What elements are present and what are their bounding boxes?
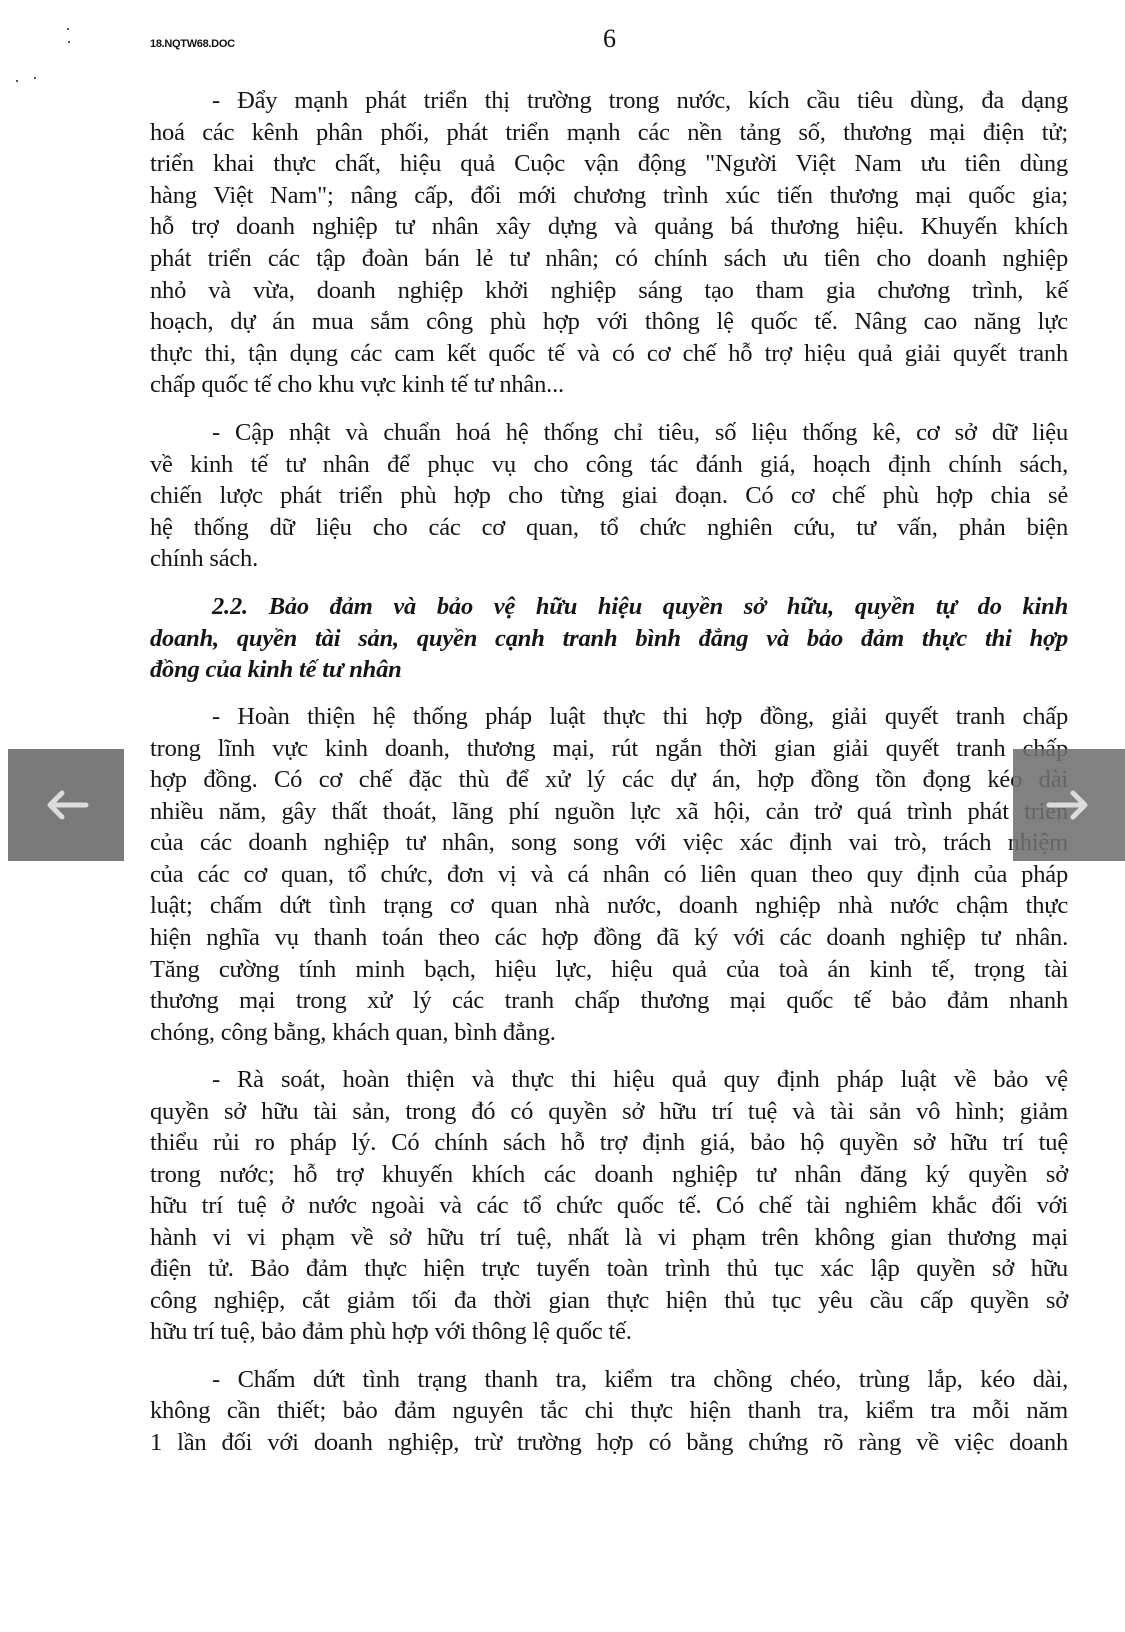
text-line: chấp quốc tế cho khu vực kinh tế tư nhân… <box>150 370 564 400</box>
document-code: 18.NQTW68.DOC <box>150 38 235 50</box>
text-line: của các cơ quan, tổ chức, đơn vị và cá n… <box>150 860 1068 890</box>
text-line: hệ thống dữ liệu cho các cơ quan, tổ chứ… <box>150 513 1068 543</box>
text-line: trong nước; hỗ trợ khuyến khích các doan… <box>150 1160 1068 1190</box>
text-line: nhỏ và vừa, doanh nghiệp khởi nghiệp sán… <box>150 276 1068 306</box>
arrow-left-icon <box>42 787 90 823</box>
text-line: công nghiệp, cắt giảm tối đa thời gian t… <box>150 1286 1068 1316</box>
scan-speck <box>68 41 70 43</box>
text-line: 1 lần đối với doanh nghiệp, trừ trường h… <box>150 1428 1068 1458</box>
heading-line: đồng của kinh tế tư nhân <box>150 655 402 685</box>
text-line: Tăng cường tính minh bạch, hiệu lực, hiệ… <box>150 955 1068 985</box>
page-number: 6 <box>603 24 616 54</box>
text-line: hành vi vi phạm về sở hữu trí tuệ, nhất … <box>150 1223 1068 1253</box>
text-line: hữu trí tuệ ở nước ngoài và các tổ chức … <box>150 1191 1068 1221</box>
text-line: chóng, công bằng, khách quan, bình đẳng. <box>150 1018 556 1048</box>
text-line: của các doanh nghiệp tư nhân, song song … <box>150 828 1068 858</box>
text-line: không cần thiết; bảo đảm nguyên tắc chi … <box>150 1396 1068 1426</box>
heading-line: 2.2. Bảo đảm và bảo vệ hữu hiệu quyền sở… <box>212 592 1068 622</box>
text-line: luật; chấm dứt tình trạng cơ quan nhà nư… <box>150 891 1068 921</box>
text-line: trong lĩnh vực kinh doanh, thương mại, r… <box>150 734 1068 764</box>
scan-speck <box>16 80 18 82</box>
text-line: quyền sở hữu tài sản, trong đó có quyền … <box>150 1097 1068 1127</box>
text-line: hỗ trợ doanh nghiệp tư nhân xây dựng và … <box>150 212 1068 242</box>
text-line: - Chấm dứt tình trạng thanh tra, kiểm tr… <box>212 1365 1068 1395</box>
text-line: về kinh tế tư nhân để phục vụ cho công t… <box>150 450 1068 480</box>
text-line: - Cập nhật và chuẩn hoá hệ thống chỉ tiê… <box>212 418 1068 448</box>
text-line: nhiều năm, gây thất thoát, lãng phí nguồ… <box>150 797 1068 827</box>
text-line: - Rà soát, hoàn thiện và thực thi hiệu q… <box>212 1065 1068 1095</box>
heading-line: doanh, quyền tài sản, quyền cạnh tranh b… <box>150 624 1068 654</box>
text-line: chiến lược phát triển phù hợp cho từng g… <box>150 481 1068 511</box>
text-line: chính sách. <box>150 544 258 574</box>
text-line: điện tử. Bảo đảm thực hiện trực tuyến to… <box>150 1254 1068 1284</box>
text-line: hữu trí tuệ, bảo đảm phù hợp với thông l… <box>150 1317 632 1347</box>
scan-speck <box>34 77 36 79</box>
text-line: thực thi, tận dụng các cam kết quốc tế v… <box>150 339 1068 369</box>
text-line: triển khai thực chất, hiệu quả Cuộc vận … <box>150 149 1068 179</box>
text-line: hoạch, dự án mua sắm công phù hợp với th… <box>150 307 1068 337</box>
text-line: thương mại trong xử lý các tranh chấp th… <box>150 986 1068 1016</box>
text-line: - Đẩy mạnh phát triển thị trường trong n… <box>212 86 1068 116</box>
text-line: hợp đồng. Có cơ chế đặc thù để xử lý các… <box>150 765 1068 795</box>
previous-page-button[interactable] <box>8 749 124 861</box>
document-page: 18.NQTW68.DOC 6 - Đẩy mạnh phát triển th… <box>0 0 1125 1632</box>
text-line: hàng Việt Nam"; nâng cấp, đổi mới chương… <box>150 181 1068 211</box>
text-line: phát triển các tập đoàn bán lẻ tư nhân; … <box>150 244 1068 274</box>
text-line: - Hoàn thiện hệ thống pháp luật thực thi… <box>212 702 1068 732</box>
text-line: thiểu rủi ro pháp lý. Có chính sách hỗ t… <box>150 1128 1068 1158</box>
text-line: hiện nghĩa vụ thanh toán theo các hợp đồ… <box>150 923 1068 953</box>
next-page-button[interactable] <box>1013 749 1125 861</box>
scan-speck <box>67 28 69 30</box>
arrow-right-icon <box>1045 787 1093 823</box>
text-line: hoá các kênh phân phối, phát triển mạnh … <box>150 118 1068 148</box>
